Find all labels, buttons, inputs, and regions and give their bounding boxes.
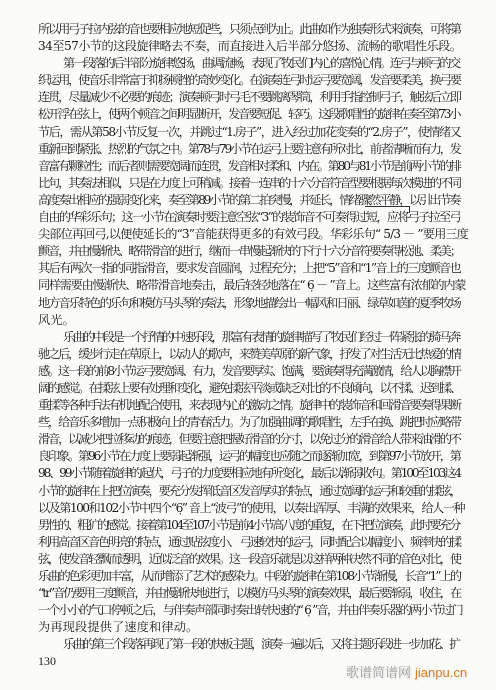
text-line: 比句，其奏法相似，只是在力度上可稍减。接着一连串的十六分音符音型要根据每次模进的… <box>38 175 462 192</box>
text-line: 弦，使发音轻飘而透明，近似泛音的效果。这一段音乐就是以这样两种决然不同的音色对比… <box>38 551 462 568</box>
text-line: 尖部位再回弓,以便使延长的“3̇”音能获得更多的有效弓段。华彩乐句“ 5̇/3̇… <box>38 226 462 243</box>
text-line: 些，给音乐多增加一点积极向上的青春活力。为了加强曲调的歌唱性，左手在换、跳把时应… <box>38 414 462 431</box>
text-line: 节后，需从第58小节反复一次，并跳过“1.房子”，进入经过加花变奏的“2.房子”… <box>38 124 462 141</box>
text-line: 织运用，使音乐非常富于抑扬顿挫的奇妙变化。在演奏连弓时运弓要宽阔，发音要柔美，换… <box>38 72 462 89</box>
text-line: 重新回到紧张、热烈的气氛之中。第78与79小节在运弓上要注意有所对比，前者清晰而… <box>38 141 462 158</box>
text-line: 男性的、粗犷的感觉。接着第104至107小节是前4小节高八度的重复，在下把位演奏… <box>38 517 462 534</box>
text-line: 地方音乐特色的乐句和模仿马头琴的奏法，形象地描绘出一幅风和日丽、绿草如茵的夏季牧… <box>38 295 462 312</box>
text-line: 阔的感觉。在揉弦上要有处理和变化，避免揉弦平淡或缺乏对比的不良倾向，以不揉、迟到… <box>38 380 462 397</box>
cadenza-notation-bracket <box>365 206 410 213</box>
text-line: “tr”音仍要用三度颤音，并由慢渐快地进行，以模仿马头琴的演奏效果，最后要渐弱，… <box>38 585 462 602</box>
text-line: 34至57小节的这段旋律略去不奏，而直接进入后半部分悠扬、流畅的歌唱性乐段。 <box>38 38 462 55</box>
text-line: 音富有颗粒性；而后者则需要宽阔而连贯，发音相对柔和、内在。第80与81小节是前两… <box>38 158 462 175</box>
text-line: 利用高音区音色明亮的特点，通过贴弦度小、 弓速较快的运弓，同时配合以幅度小、频率… <box>38 534 462 551</box>
text-line: 第一段落的后半部分旋律悠扬，曲调流畅，表现了牧民们内心的喜悦心情。连弓与顿弓的交 <box>38 55 462 72</box>
text-line: 以及第100和102小节中四个“6̣” 音上“波弓”的使用，以奏出浑厚、丰满的效… <box>38 500 462 517</box>
watermark: 歌谱简谱网jianpu.cn <box>346 662 467 681</box>
text-line: 良印象。第96小节在力度上要弱起渐强，运弓的幅度也应随之而逐渐加宽，到第97小节… <box>38 448 462 465</box>
text-line: 一个小小的气口停顿之后，与伴奏声部同时奏出转快速的“ 6̣ ”音，并由伴奏乐器的… <box>38 602 462 619</box>
watermark-en: jianpu.cn <box>415 665 467 680</box>
text-line: 乐曲的中段是一个抒情的中速乐段，那富有表情的旋律描写了牧民们经过一阵紧张的骑马奔 <box>38 329 462 346</box>
text-line: 连贯，尽量减少不必要的痕迹；演奏顿弓时弓毛不要跳离琴筒，利用手指控制弓子，触弦后… <box>38 89 462 106</box>
text-line: 同样需要由慢渐快、略带滑音地奏击，最后轻轻地落在“ 6̣ － ”音上。这些富有浓… <box>38 277 462 294</box>
text-line: 98、99小节随着旋律的起伏，弓子的力度要相应地有所变化，最后以渐弱收句。第10… <box>38 465 462 482</box>
text-line: 感。这一段的前8小节运弓要宽阔、有力，发音要厚实、饱满，要演奏得充满激情，给人以… <box>38 363 462 380</box>
text-line: 小节的旋律在上把位演奏，要充分发挥低音区发音厚实的特点，通过宽阔的运弓和较重的揉… <box>38 483 462 500</box>
page-body: 所以用弓子拉内弦的音也要相应地短促些，只须点到为止。此曲如作为独奏形式来演奏，可… <box>38 21 462 653</box>
text-line: 滑音，以减少把拉移动的痕迹，但要注意把握好滑音的分寸，以免过分的滑音给人带来油滑… <box>38 431 462 448</box>
text-line: 乐曲的色彩更加丰富，从而增添了艺术的感染力。中段的旋律在第108小节渐慢，长音“… <box>38 568 462 585</box>
text-line: 其后有两次一指的同指滑音，要求发音圆润，过程充分；上把“5”音和“1”音上的三度… <box>38 260 462 277</box>
text-line: 松开浮在弦上，使两个顿音之间明显断开，发音要短促、轻巧。这段歌唱性的旋律在奏至第… <box>38 106 462 123</box>
text-line: 重揉等各种手法有机地配合使用，来表现内心的激动之情。旋律中的装饰音和回滑音要奏得… <box>38 397 462 414</box>
text-line: 为再现段提供了速度和律动。 <box>38 619 462 636</box>
text-line: 风光。 <box>38 312 462 329</box>
page-number: 130 <box>38 654 56 669</box>
text-line: 乐曲的第三个段落再现了第一段的快板主题，演奏一遍以后，又将主题乐段进一步加花、扩 <box>38 636 462 653</box>
text-line: 颤音，并由慢渐快、略带滑音的进行，继而一串慢起渐快的下行十六分音符要奏得松弛、柔… <box>38 243 462 260</box>
text-line: 所以用弓子拉内弦的音也要相应地短促些，只须点到为止。此曲如作为独奏形式来演奏，可… <box>38 21 462 38</box>
watermark-cn: 歌谱简谱网 <box>346 665 411 680</box>
text-line: 驰之后，缓步行走在草原上，以动人的歌声，来赞美草原的新气象，抒发了对生活无比热爱… <box>38 346 462 363</box>
